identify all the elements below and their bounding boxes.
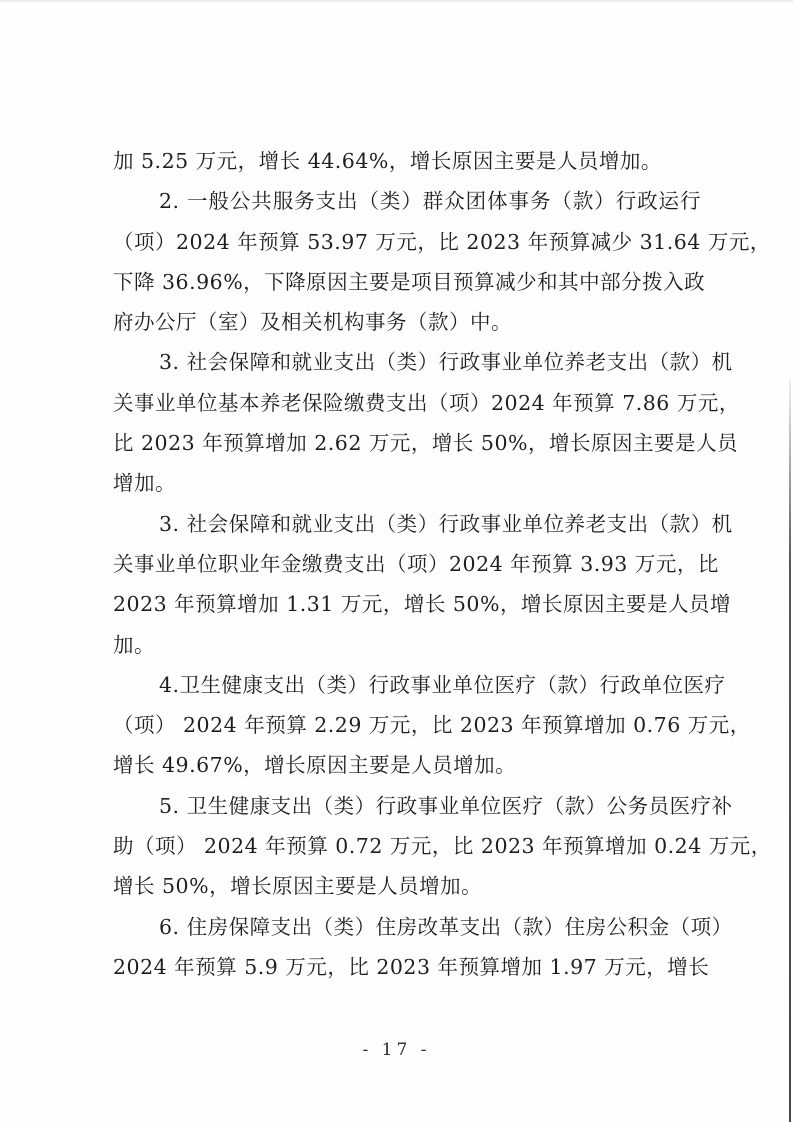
paragraph-general-public-services: 2. 一般公共服务支出（类）群众团体事务（款）行政运行 （项）2024 年预算 … (113, 181, 701, 342)
text-line: 关事业单位职业年金缴费支出（项）2024 年预算 3.93 万元，比 (113, 544, 701, 584)
text-line: 比 2023 年预算增加 2.62 万元，增长 50%，增长原因主要是人员 (113, 423, 701, 463)
text-line: 2024 年预算 5.9 万元，比 2023 年预算增加 1.97 万元，增长 (113, 947, 701, 987)
text-line: 3. 社会保障和就业支出（类）行政事业单位养老支出（款）机 (113, 504, 701, 544)
text-line: 加。 (113, 625, 701, 665)
text-line: 增长 49.67%，增长原因主要是人员增加。 (113, 745, 701, 785)
paragraph-civil-servant-medical: 5. 卫生健康支出（类）行政事业单位医疗（款）公务员医疗补 助（项） 2024 … (113, 786, 701, 907)
paragraph-occupational-annuity: 3. 社会保障和就业支出（类）行政事业单位养老支出（款）机 关事业单位职业年金缴… (113, 504, 701, 665)
text-line: 4.卫生健康支出（类）行政事业单位医疗（款）行政单位医疗 (113, 665, 701, 705)
text-line: 6. 住房保障支出（类）住房改革支出（款）住房公积金（项） (113, 907, 701, 947)
text-line: 2. 一般公共服务支出（类）群众团体事务（款）行政运行 (113, 181, 701, 221)
text-line: 2023 年预算增加 1.31 万元，增长 50%，增长原因主要是人员增 (113, 584, 701, 624)
text-line: 增加。 (113, 463, 701, 503)
text-line: 5. 卫生健康支出（类）行政事业单位医疗（款）公务员医疗补 (113, 786, 701, 826)
text-line: （项）2024 年预算 53.97 万元，比 2023 年预算减少 31.64 … (113, 222, 701, 262)
paragraph-basic-pension: 3. 社会保障和就业支出（类）行政事业单位养老支出（款）机 关事业单位基本养老保… (113, 342, 701, 503)
text-line: 府办公厅（室）及相关机构事务（款）中。 (113, 302, 701, 342)
text-line: 增长 50%，增长原因主要是人员增加。 (113, 866, 701, 906)
text-line: 下降 36.96%，下降原因主要是项目预算减少和其中部分拨入政 (113, 262, 701, 302)
scan-top-edge (0, 0, 793, 3)
paragraph-admin-medical: 4.卫生健康支出（类）行政事业单位医疗（款）行政单位医疗 （项） 2024 年预… (113, 665, 701, 786)
document-page: 加 5.25 万元，增长 44.64%，增长原因主要是人员增加。 2. 一般公共… (0, 0, 793, 1122)
body-text: 加 5.25 万元，增长 44.64%，增长原因主要是人员增加。 2. 一般公共… (113, 141, 701, 987)
text-line: 3. 社会保障和就业支出（类）行政事业单位养老支出（款）机 (113, 342, 701, 382)
paragraph-continuation: 加 5.25 万元，增长 44.64%，增长原因主要是人员增加。 (113, 141, 701, 181)
scan-right-edge-line (789, 380, 791, 1122)
paragraph-housing-fund: 6. 住房保障支出（类）住房改革支出（款）住房公积金（项） 2024 年预算 5… (113, 907, 701, 988)
text-line: 关事业单位基本养老保险缴费支出（项）2024 年预算 7.86 万元， (113, 383, 701, 423)
page-number: - 17 - (0, 1040, 793, 1060)
text-line: 加 5.25 万元，增长 44.64%，增长原因主要是人员增加。 (113, 141, 701, 181)
text-line: （项） 2024 年预算 2.29 万元，比 2023 年预算增加 0.76 万… (113, 705, 701, 745)
text-line: 助（项） 2024 年预算 0.72 万元，比 2023 年预算增加 0.24 … (113, 826, 701, 866)
